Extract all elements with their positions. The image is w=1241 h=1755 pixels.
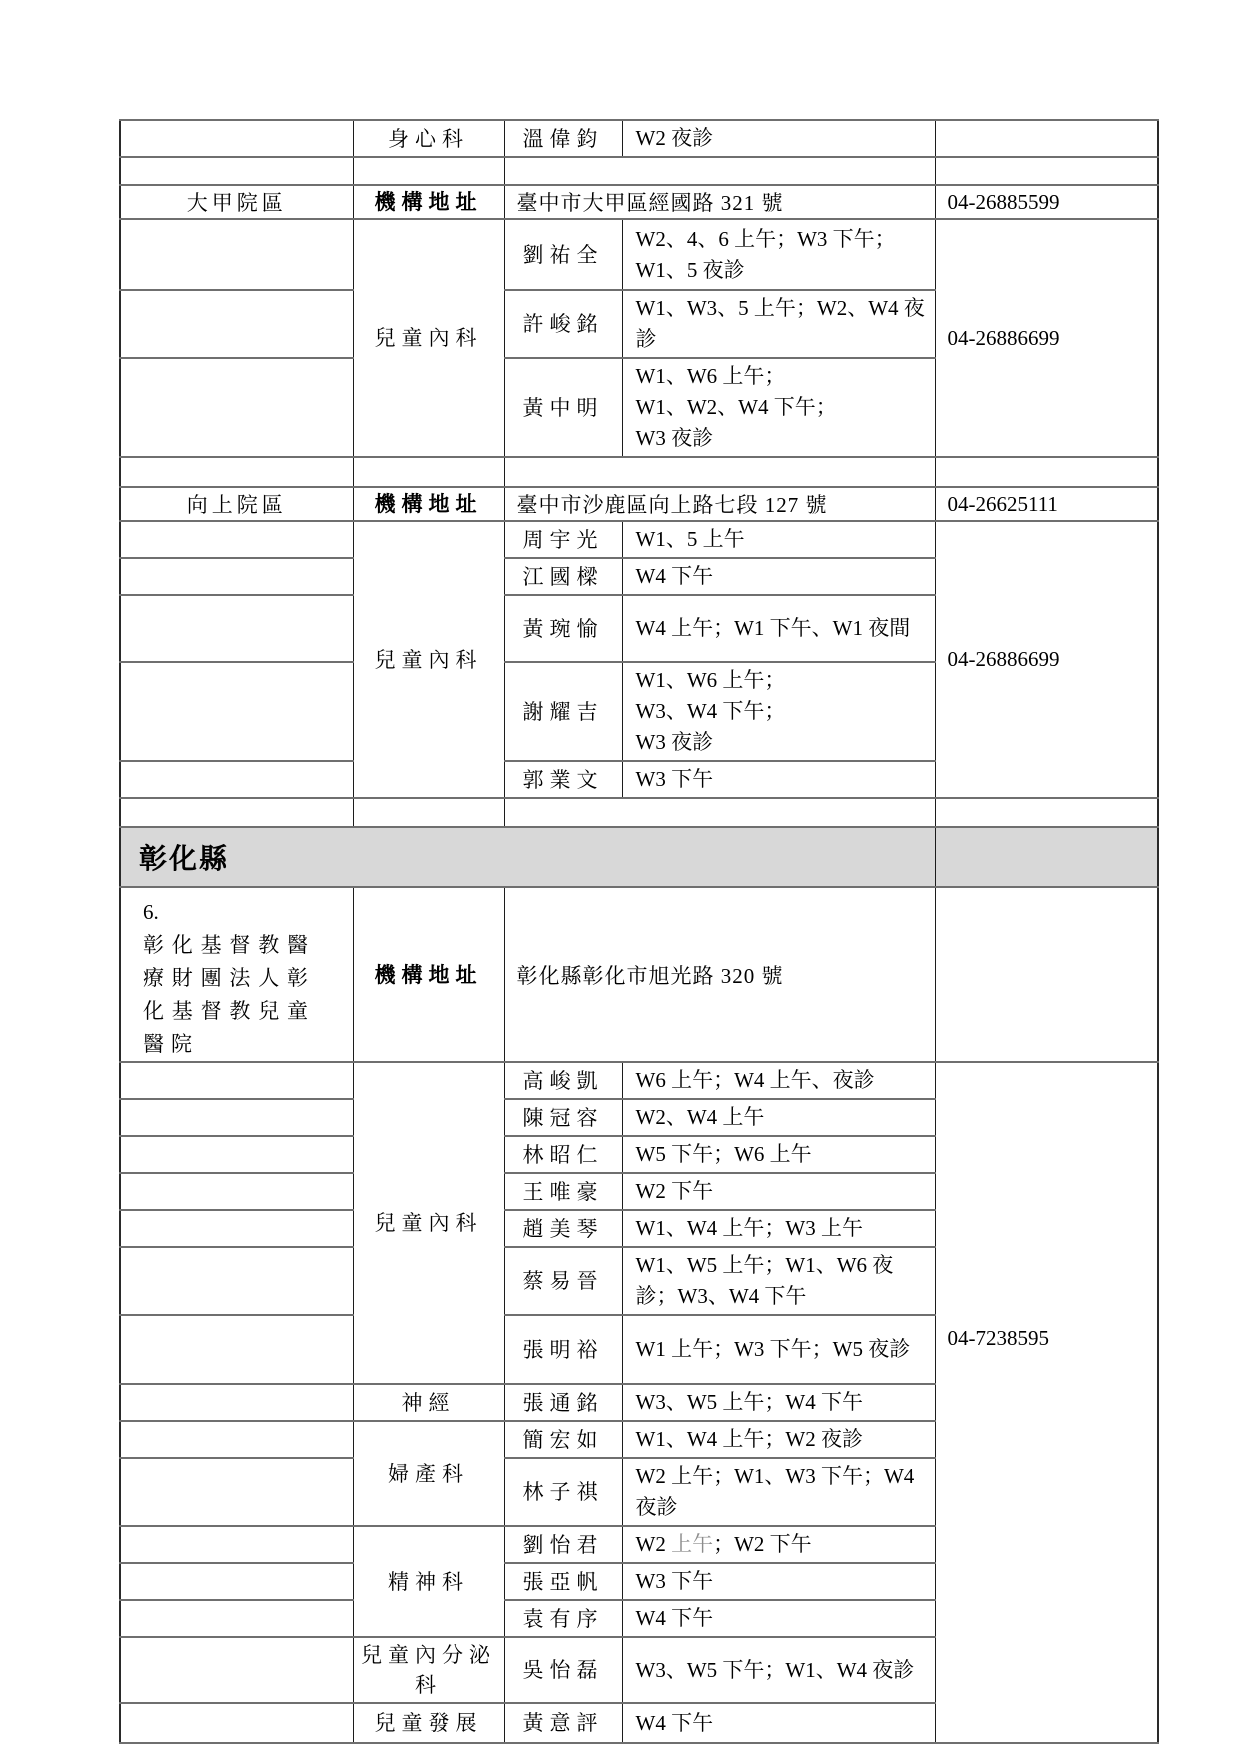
address-label-cell: 機構地址 <box>353 887 504 1062</box>
department-cell: 精神科 <box>353 1526 504 1637</box>
phone-cell: 04-26886699 <box>935 521 1158 798</box>
schedule-cell: W1、W6 上午； W1、W2、W4 下午； W3 夜診 <box>622 358 935 457</box>
doctor-name-cell: 林子祺 <box>504 1458 622 1526</box>
campus-cell: 向上院區 <box>120 487 353 521</box>
hospital-address-row: 6.彰化基督教醫療財團法人彰化基督教兒童醫院 機構地址 彰化縣彰化市旭光路 32… <box>120 887 1158 1062</box>
doctor-name-cell: 陳冠容 <box>504 1099 622 1136</box>
department-cell: 身心科 <box>353 120 504 157</box>
spacer-cell <box>120 798 353 827</box>
campus-address-row: 大甲院區 機構地址 臺中市大甲區經國路 321 號 04-26885599 <box>120 185 1158 219</box>
doctor-name-cell: 周宇光 <box>504 521 622 558</box>
hospital-list-number: 6. <box>143 896 183 929</box>
empty-hospital-cell <box>120 358 353 457</box>
phone-cell: 04-7238595 <box>935 1062 1158 1743</box>
spacer-cell <box>353 798 504 827</box>
department-cell: 兒童內科 <box>353 521 504 798</box>
spacer-row <box>120 798 1158 827</box>
doctor-name-cell: 蔡易晉 <box>504 1247 622 1315</box>
address-cell: 臺中市大甲區經國路 321 號 <box>504 185 935 219</box>
empty-hospital-cell <box>120 1526 353 1563</box>
department-cell: 兒童內科 <box>353 1062 504 1384</box>
campus-address-row: 向上院區 機構地址 臺中市沙鹿區向上路七段 127 號 04-26625111 <box>120 487 1158 521</box>
schedule-part: W2 <box>636 1532 672 1556</box>
phone-cell: 04-26885599 <box>935 185 1158 219</box>
empty-hospital-cell <box>120 1315 353 1384</box>
spacer-cell <box>935 457 1158 487</box>
department-cell: 兒童內科 <box>353 219 504 457</box>
doctor-name-cell: 趙美琴 <box>504 1210 622 1247</box>
hospital-schedule-table: 身心科 溫偉鈞 W2 夜診 大甲院區 機構地址 臺中市大甲區經國路 321 號 … <box>119 119 1159 1744</box>
schedule-cell: W1、W5 上午；W1、W6 夜診；W3、W4 下午 <box>622 1247 935 1315</box>
spacer-row <box>120 457 1158 487</box>
empty-hospital-cell <box>120 761 353 798</box>
empty-hospital-cell <box>120 1563 353 1600</box>
spacer-cell <box>353 457 504 487</box>
empty-hospital-cell <box>120 1099 353 1136</box>
schedule-cell: W2、W4 上午 <box>622 1099 935 1136</box>
empty-hospital-cell <box>120 1173 353 1210</box>
doctor-row: 兒童內科 周宇光 W1、5 上午 04-26886699 <box>120 521 1158 558</box>
schedule-cell: W3 下午 <box>622 761 935 798</box>
doctor-name-cell: 張通銘 <box>504 1384 622 1421</box>
empty-hospital-cell <box>120 219 353 290</box>
doctor-name-cell: 劉怡君 <box>504 1526 622 1563</box>
empty-hospital-cell <box>120 1600 353 1637</box>
empty-hospital-cell <box>120 1210 353 1247</box>
schedule-part-gray: 上午 <box>671 1532 713 1556</box>
doctor-name-cell: 簡宏如 <box>504 1421 622 1458</box>
empty-hospital-cell <box>120 595 353 662</box>
empty-hospital-cell <box>120 1136 353 1173</box>
doctor-name-cell: 溫偉鈞 <box>504 120 622 157</box>
empty-hospital-cell <box>120 521 353 558</box>
schedule-cell: W4 下午 <box>622 1703 935 1743</box>
schedule-cell: W4 上午；W1 下午、W1 夜間 <box>622 595 935 662</box>
schedule-cell: W5 下午；W6 上午 <box>622 1136 935 1173</box>
hospital-name: 彰化基督教醫療財團法人彰化基督教兒童醫院 <box>143 929 315 1061</box>
doctor-name-cell: 黃中明 <box>504 358 622 457</box>
department-cell: 婦產科 <box>353 1421 504 1526</box>
empty-hospital-cell <box>120 1637 353 1703</box>
empty-hospital-cell <box>120 1703 353 1743</box>
department-cell: 兒童內分泌科 <box>353 1637 504 1703</box>
empty-hospital-cell <box>120 1384 353 1421</box>
doctor-name-cell: 許峻銘 <box>504 290 622 358</box>
spacer-cell <box>504 798 935 827</box>
schedule-cell: W2 上午；W1、W3 下午；W4 夜診 <box>622 1458 935 1526</box>
doctor-name-cell: 張明裕 <box>504 1315 622 1384</box>
empty-hospital-cell <box>120 662 353 761</box>
document-page: { "labels": { "address_label": "機構地址" },… <box>0 0 1241 1755</box>
doctor-name-cell: 袁有序 <box>504 1600 622 1637</box>
spacer-cell <box>504 157 935 185</box>
empty-phone-cell <box>935 120 1158 157</box>
county-section-header: 彰化縣 <box>120 827 935 887</box>
empty-hospital-cell <box>120 1421 353 1458</box>
empty-hospital-cell <box>120 558 353 595</box>
schedule-cell: W1 上午；W3 下午；W5 夜診 <box>622 1315 935 1384</box>
doctor-name-cell: 黃琬愉 <box>504 595 622 662</box>
spacer-cell <box>504 457 935 487</box>
schedule-cell: W3、W5 上午；W4 下午 <box>622 1384 935 1421</box>
address-cell: 彰化縣彰化市旭光路 320 號 <box>504 887 935 1062</box>
phone-cell: 04-26886699 <box>935 219 1158 457</box>
schedule-cell: W4 下午 <box>622 558 935 595</box>
doctor-row: 兒童內科 劉祐全 W2、4、6 上午；W3 下午；W1、5 夜診 04-2688… <box>120 219 1158 290</box>
spacer-cell <box>935 798 1158 827</box>
address-label-cell: 機構地址 <box>353 185 504 219</box>
department-cell: 兒童發展 <box>353 1703 504 1743</box>
doctor-name-cell: 黃意評 <box>504 1703 622 1743</box>
hospital-name-cell: 6.彰化基督教醫療財團法人彰化基督教兒童醫院 <box>120 887 353 1062</box>
spacer-row <box>120 157 1158 185</box>
spacer-cell <box>935 157 1158 185</box>
doctor-name-cell: 高峻凱 <box>504 1062 622 1099</box>
schedule-cell: W3 下午 <box>622 1563 935 1600</box>
doctor-name-cell: 謝耀吉 <box>504 662 622 761</box>
schedule-cell: W4 下午 <box>622 1600 935 1637</box>
doctor-name-cell: 劉祐全 <box>504 219 622 290</box>
schedule-cell: W6 上午；W4 上午、夜診 <box>622 1062 935 1099</box>
spacer-cell <box>120 157 353 185</box>
schedule-cell: W1、5 上午 <box>622 521 935 558</box>
doctor-name-cell: 郭業文 <box>504 761 622 798</box>
address-cell: 臺中市沙鹿區向上路七段 127 號 <box>504 487 935 521</box>
phone-cell: 04-26625111 <box>935 487 1158 521</box>
schedule-cell: W2 上午；W2 下午 <box>622 1526 935 1563</box>
doctor-row: 兒童內科 高峻凱 W6 上午；W4 上午、夜診 04-7238595 <box>120 1062 1158 1099</box>
spacer-cell <box>353 157 504 185</box>
schedule-cell: W1、W6 上午； W3、W4 下午； W3 夜診 <box>622 662 935 761</box>
schedule-cell: W2 夜診 <box>622 120 935 157</box>
doctor-name-cell: 王唯豪 <box>504 1173 622 1210</box>
doctor-name-cell: 林昭仁 <box>504 1136 622 1173</box>
empty-hospital-cell <box>120 1062 353 1099</box>
table-row: 身心科 溫偉鈞 W2 夜診 <box>120 120 1158 157</box>
empty-hospital-cell <box>120 1247 353 1315</box>
schedule-cell: W2、4、6 上午；W3 下午；W1、5 夜診 <box>622 219 935 290</box>
department-cell: 神經 <box>353 1384 504 1421</box>
address-label-cell: 機構地址 <box>353 487 504 521</box>
doctor-name-cell: 江國樑 <box>504 558 622 595</box>
schedule-part: ；W2 下午 <box>713 1532 812 1556</box>
schedule-cell: W1、W4 上午；W3 上午 <box>622 1210 935 1247</box>
doctor-name-cell: 吳怡磊 <box>504 1637 622 1703</box>
schedule-cell: W1、W3、5 上午；W2、W4 夜診 <box>622 290 935 358</box>
schedule-cell: W3、W5 下午；W1、W4 夜診 <box>622 1637 935 1703</box>
spacer-cell <box>120 457 353 487</box>
county-section-band-tail <box>935 827 1158 887</box>
county-section-row: 彰化縣 <box>120 827 1158 887</box>
empty-hospital-cell <box>120 290 353 358</box>
doctor-name-cell: 張亞帆 <box>504 1563 622 1600</box>
schedule-cell: W1、W4 上午；W2 夜診 <box>622 1421 935 1458</box>
empty-phone-cell <box>935 887 1158 1062</box>
campus-cell: 大甲院區 <box>120 185 353 219</box>
empty-hospital-cell <box>120 1458 353 1526</box>
schedule-cell: W2 下午 <box>622 1173 935 1210</box>
empty-hospital-cell <box>120 120 353 157</box>
